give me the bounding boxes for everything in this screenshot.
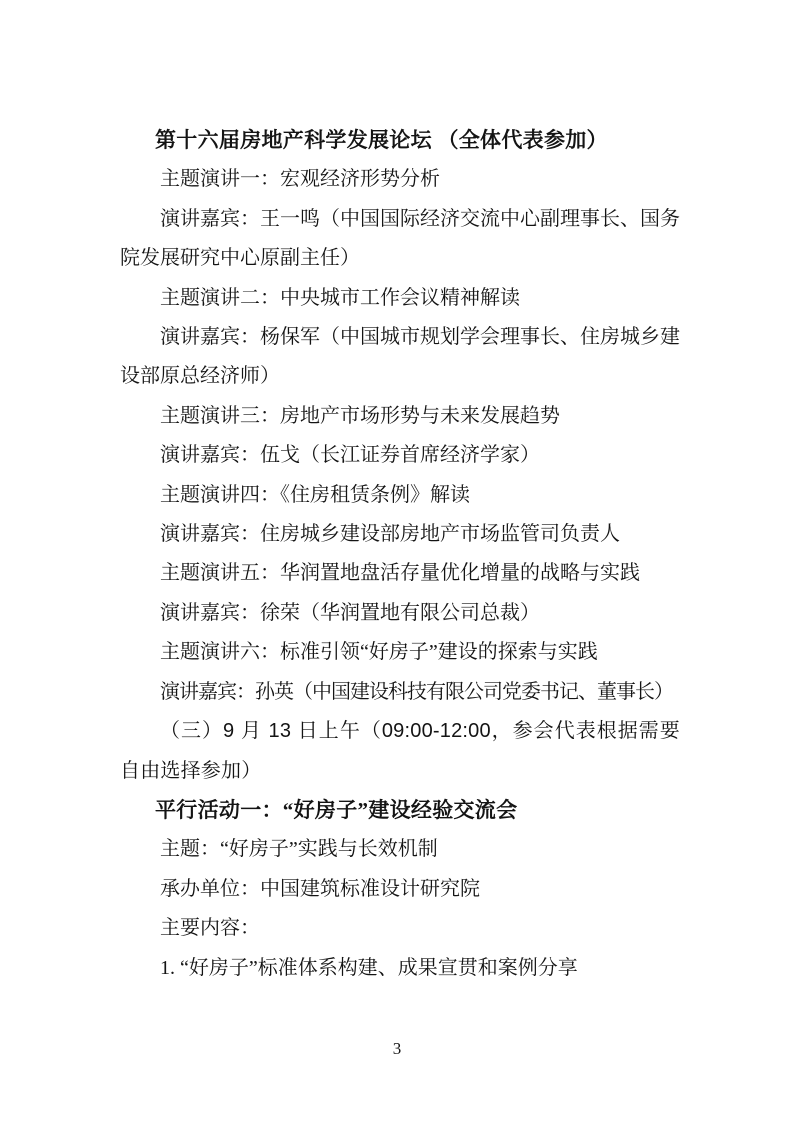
keynote-3-speaker: 演讲嘉宾：伍戈（长江证券首席经济学家）: [120, 436, 680, 475]
keynote-2-topic: 主题演讲二：中央城市工作会议精神解读: [120, 279, 680, 318]
activity-theme: 主题：“好房子”实践与长效机制: [120, 830, 680, 869]
keynote-5-speaker: 演讲嘉宾：徐荣（华润置地有限公司总裁）: [120, 594, 680, 633]
document-body: 第十六届房地产科学发展论坛 （全体代表参加） 主题演讲一：宏观经济形势分析 演讲…: [120, 121, 680, 988]
keynote-6-topic: 主题演讲六：标准引领“好房子”建设的探索与实践: [120, 633, 680, 672]
keynote-1-topic: 主题演讲一：宏观经济形势分析: [120, 160, 680, 199]
page-number: 3: [0, 1038, 794, 1060]
activity-organizer: 承办单位：中国建筑标准设计研究院: [120, 870, 680, 909]
keynote-1-speaker: 演讲嘉宾：王一鸣（中国国际经济交流中心副理事长、国务院发展研究中心原副主任）: [120, 200, 680, 279]
session-3-schedule: （三）9 月 13 日上午（09:00-12:00，参会代表根据需要自由选择参加…: [120, 712, 680, 791]
keynote-4-speaker: 演讲嘉宾：住房城乡建设部房地产市场监管司负责人: [120, 515, 680, 554]
keynote-5-topic: 主题演讲五：华润置地盘活存量优化增量的战略与实践: [120, 554, 680, 593]
keynote-4-topic: 主题演讲四：《住房租赁条例》解读: [120, 476, 680, 515]
keynote-2-speaker: 演讲嘉宾：杨保军（中国城市规划学会理事长、住房城乡建设部原总经济师）: [120, 318, 680, 397]
forum-title: 第十六届房地产科学发展论坛 （全体代表参加）: [120, 121, 680, 160]
parallel-activity-1-title: 平行活动一：“好房子”建设经验交流会: [120, 791, 680, 830]
activity-content-label: 主要内容：: [120, 909, 680, 948]
keynote-3-topic: 主题演讲三：房地产市场形势与未来发展趋势: [120, 397, 680, 436]
document-page: 第十六届房地产科学发展论坛 （全体代表参加） 主题演讲一：宏观经济形势分析 演讲…: [0, 0, 794, 1123]
activity-content-item-1: 1. “好房子”标准体系构建、成果宣贯和案例分享: [120, 949, 680, 988]
keynote-6-speaker: 演讲嘉宾：孙英（中国建设科技有限公司党委书记、董事长）: [120, 673, 680, 712]
